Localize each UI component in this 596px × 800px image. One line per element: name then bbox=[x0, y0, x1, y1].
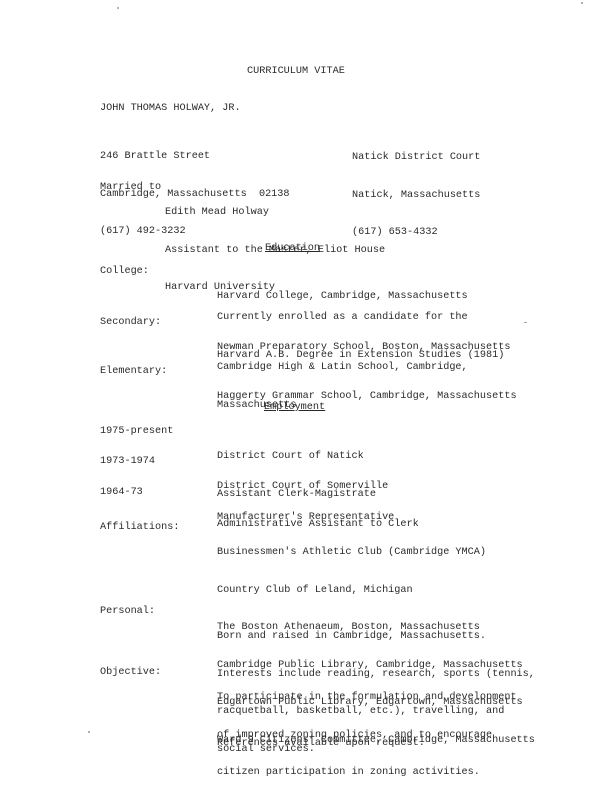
affiliations-label: Affiliations: bbox=[100, 522, 179, 535]
scan-speck bbox=[88, 731, 90, 733]
education-heading: Education bbox=[265, 243, 320, 256]
scan-speck bbox=[524, 322, 527, 323]
references-note: References available upon request. bbox=[217, 738, 425, 751]
employment-date: 1964-73 bbox=[100, 487, 143, 500]
spouse-name: Edith Mead Holway bbox=[165, 207, 385, 220]
employment-heading: Employment bbox=[264, 402, 325, 415]
entry-line: Haggerty Grammar School, Cambridge, Mass… bbox=[217, 391, 517, 404]
education-label-secondary: Secondary: bbox=[100, 317, 161, 330]
employment-date: 1975-present bbox=[100, 426, 173, 439]
objective-label: Objective: bbox=[100, 667, 161, 680]
education-label-elementary: Elementary: bbox=[100, 366, 167, 379]
home-street: 246 Brattle Street bbox=[100, 151, 290, 164]
objective-text: To participate in the formulation and de… bbox=[217, 667, 517, 792]
education-label-college: College: bbox=[100, 266, 149, 279]
document-title: CURRICULUM VITAE bbox=[247, 66, 345, 79]
affiliation-item: Businessmen's Athletic Club (Cambridge Y… bbox=[217, 547, 535, 560]
work-name: Natick District Court bbox=[352, 152, 480, 165]
married-label: Married to bbox=[100, 182, 161, 195]
scan-speck bbox=[117, 7, 119, 9]
affiliation-item: Country Club of Leland, Michigan bbox=[217, 585, 535, 598]
objective-line: To participate in the formulation and de… bbox=[217, 692, 517, 705]
person-name: JOHN THOMAS HOLWAY, JR. bbox=[100, 103, 241, 116]
personal-label: Personal: bbox=[100, 606, 155, 619]
employment-date: 1973-1974 bbox=[100, 456, 155, 469]
scan-speck bbox=[581, 2, 583, 4]
education-entry: Haggerty Grammar School, Cambridge, Mass… bbox=[217, 366, 517, 416]
objective-line: citizen participation in zoning activiti… bbox=[217, 767, 517, 780]
personal-line: Born and raised in Cambridge, Massachuse… bbox=[217, 631, 535, 644]
